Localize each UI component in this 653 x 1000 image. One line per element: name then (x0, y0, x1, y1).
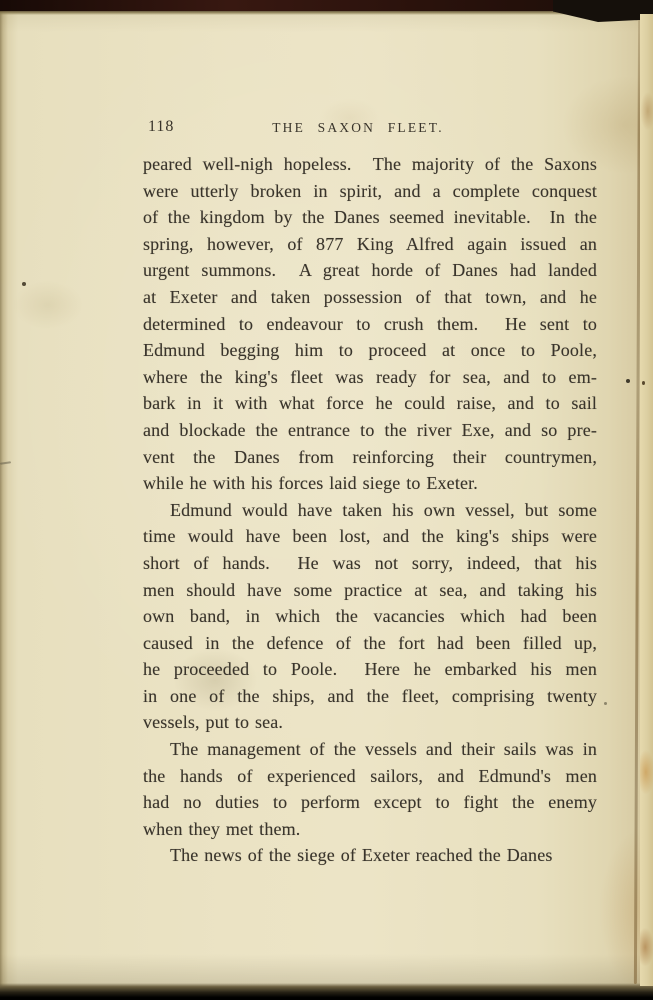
body-line: men should have some practice at sea, an… (143, 577, 597, 604)
body-line: peared well-nigh hopeless. The majority … (143, 151, 597, 178)
running-title: THE SAXON FLEET. (272, 120, 444, 136)
body-line: own band, in which the vacancies which h… (143, 603, 597, 630)
body-line: caused in the defence of the fort had be… (143, 630, 597, 657)
body-line: time would have been lost, and the king'… (143, 523, 597, 550)
body-line: spring, however, of 877 King Alfred agai… (143, 231, 597, 258)
page-edge-sliver (640, 14, 653, 986)
body-line: vessels, put to sea. (143, 709, 597, 736)
text-block: peared well-nigh hopeless. The majority … (143, 151, 597, 869)
body-line: were utterly broken in spirit, and a com… (143, 178, 597, 205)
body-line: at Exeter and taken possession of that t… (143, 284, 597, 311)
body-line: urgent summons. A great horde of Danes h… (143, 257, 597, 284)
body-line: and blockade the entrance to the river E… (143, 417, 597, 444)
page-content: 118 THE SAXON FLEET. peared well-nigh ho… (143, 0, 597, 1000)
body-line: had no duties to perform except to fight… (143, 789, 597, 816)
scanned-book-page: 118 THE SAXON FLEET. peared well-nigh ho… (0, 0, 653, 1000)
body-line: determined to endeavour to crush them. H… (143, 311, 597, 338)
page-number: 118 (148, 118, 174, 136)
paper-speck (642, 381, 645, 385)
body-line: of the kingdom by the Danes seemed inevi… (143, 204, 597, 231)
body-line: where the king's fleet was ready for sea… (143, 364, 597, 391)
body-line: The news of the siege of Exeter reached … (143, 842, 597, 869)
body-line: short of hands. He was not sorry, indeed… (143, 550, 597, 577)
body-line: vent the Danes from reinforcing their co… (143, 444, 597, 471)
body-line: bark in it with what force he could rais… (143, 390, 597, 417)
body-line: when they met them. (143, 816, 597, 843)
paper-speck (22, 282, 26, 286)
body-line: Edmund begging him to proceed at once to… (143, 337, 597, 364)
body-line: he proceeded to Poole. Here he embarked … (143, 656, 597, 683)
body-line: Edmund would have taken his own vessel, … (143, 497, 597, 524)
paper-speck (604, 702, 607, 705)
body-line: The management of the vessels and their … (143, 736, 597, 763)
body-line: the hands of experienced sailors, and Ed… (143, 763, 597, 790)
body-line: in one of the ships, and the fleet, comp… (143, 683, 597, 710)
body-line: while he with his forces laid siege to E… (143, 470, 597, 497)
paper-speck (626, 379, 630, 383)
